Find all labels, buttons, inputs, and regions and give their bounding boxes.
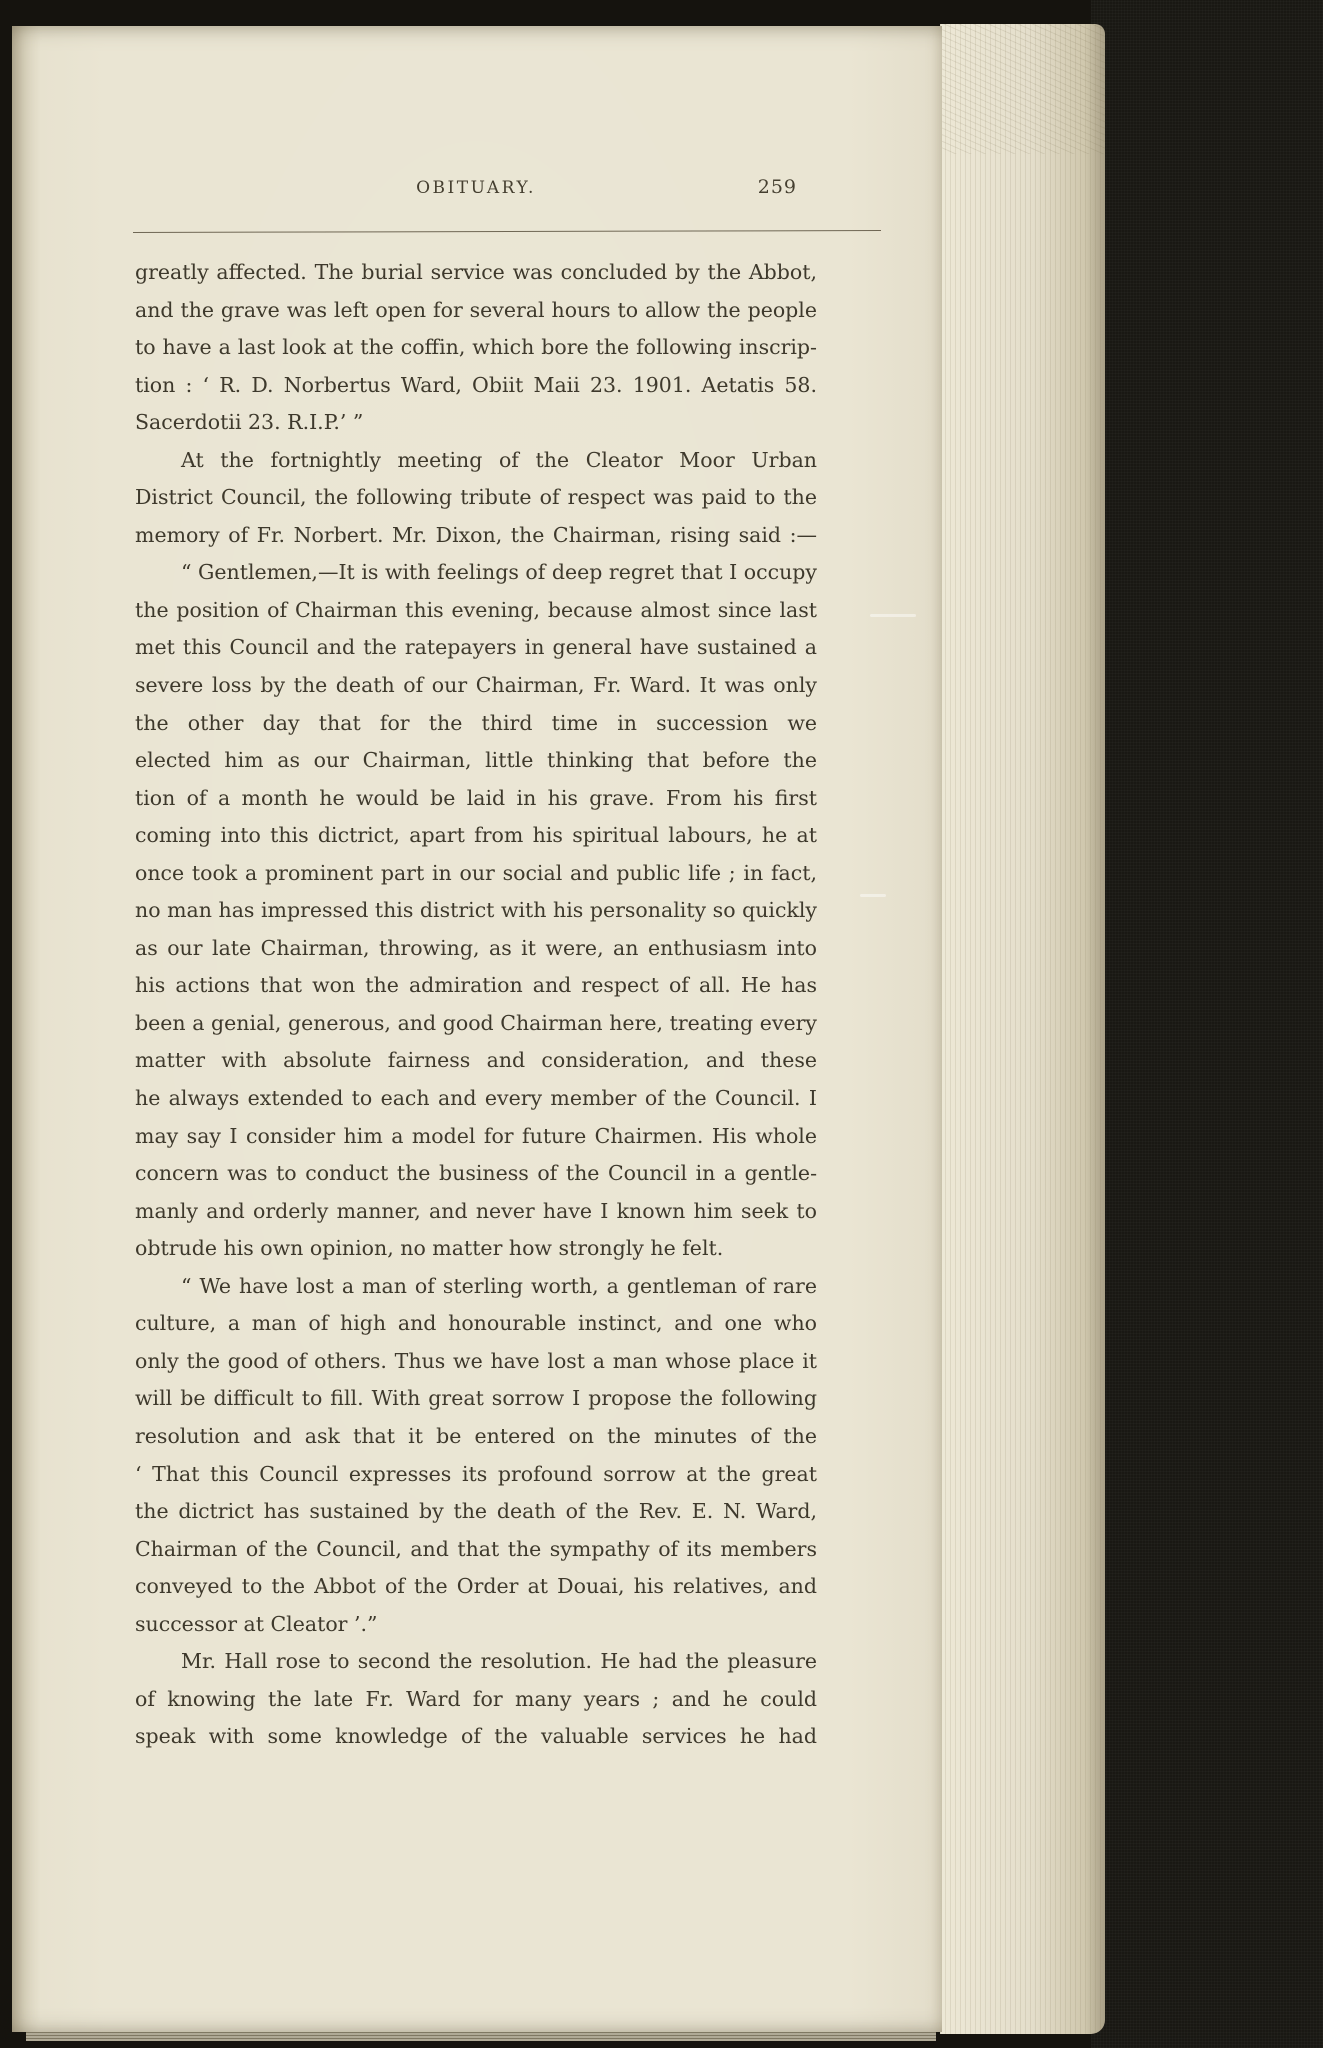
page-title: OBITUARY.	[135, 178, 817, 198]
paper-smudge	[860, 894, 886, 897]
text-line: the other day that for the third time in…	[135, 705, 817, 743]
page-stack-edge	[940, 24, 1105, 2034]
text-line: At the fortnightly meeting of the Cleato…	[135, 442, 817, 480]
text-line: Mr. Hall rose to second the resolution. …	[135, 1643, 817, 1681]
text-line: resolution and ask that it be entered on…	[135, 1418, 817, 1456]
text-line: manly and orderly manner, and never have…	[135, 1193, 817, 1231]
text-line: culture, a man of high and honourable in…	[135, 1305, 817, 1343]
book-page: OBITUARY. 259 greatly affected. The buri…	[12, 26, 942, 2032]
text-line: “ Gentlemen,—It is with feelings of deep…	[135, 554, 817, 592]
text-line: his actions that won the admiration and …	[135, 967, 817, 1005]
text-line: will be difficult to fill. With great so…	[135, 1380, 817, 1418]
text-line: “ We have lost a man of sterling worth, …	[135, 1268, 817, 1306]
text-line: coming into this dictrict, apart from hi…	[135, 817, 817, 855]
text-line: as our late Chairman, throwing, as it we…	[135, 930, 817, 968]
text-line: greatly affected. The burial service was…	[135, 254, 817, 292]
paper-smudge	[870, 614, 916, 617]
text-block: greatly affected. The burial service was…	[135, 254, 817, 1756]
text-line: memory of Fr. Norbert. Mr. Dixon, the Ch…	[135, 517, 817, 555]
text-line: once took a prominent part in our social…	[135, 855, 817, 893]
text-line: met this Council and the ratepayers in g…	[135, 629, 817, 667]
page-number: 259	[758, 176, 797, 198]
text-line: District Council, the following tribute …	[135, 479, 817, 517]
text-line: may say I consider him a model for futur…	[135, 1118, 817, 1156]
text-line: tion of a month he would be laid in his …	[135, 780, 817, 818]
book-cover	[1091, 0, 1323, 2048]
text-line: ‘ That this Council expresses its profou…	[135, 1456, 817, 1494]
text-line: matter with absolute fairness and consid…	[135, 1042, 817, 1080]
text-line: of knowing the late Fr. Ward for many ye…	[135, 1681, 817, 1719]
text-line: no man has impressed this district with …	[135, 892, 817, 930]
text-line: he always extended to each and every mem…	[135, 1080, 817, 1118]
text-line: the position of Chairman this evening, b…	[135, 592, 817, 630]
running-head: OBITUARY. 259	[135, 178, 817, 208]
text-line: obtrude his own opinion, no matter how s…	[135, 1230, 817, 1268]
text-line: Chairman of the Council, and that the sy…	[135, 1531, 817, 1569]
text-line: successor at Cleator ’.”	[135, 1606, 817, 1644]
text-line: concern was to conduct the business of t…	[135, 1155, 817, 1193]
text-line: and the grave was left open for several …	[135, 292, 817, 330]
text-line: conveyed to the Abbot of the Order at Do…	[135, 1568, 817, 1606]
text-line: severe loss by the death of our Chairman…	[135, 667, 817, 705]
text-line: tion : ‘ R. D. Norbertus Ward, Obiit Mai…	[135, 367, 817, 405]
text-line: speak with some knowledge of the valuabl…	[135, 1718, 817, 1756]
text-line: been a genial, generous, and good Chairm…	[135, 1005, 817, 1043]
text-line: elected him as our Chairman, little thin…	[135, 742, 817, 780]
header-rule	[133, 230, 881, 233]
text-line: the dictrict has sustained by the death …	[135, 1493, 817, 1531]
text-line: Sacerdotii 23. R.I.P.’ ”	[135, 404, 817, 442]
text-line: only the good of others. Thus we have lo…	[135, 1343, 817, 1381]
text-line: to have a last look at the coffin, which…	[135, 329, 817, 367]
